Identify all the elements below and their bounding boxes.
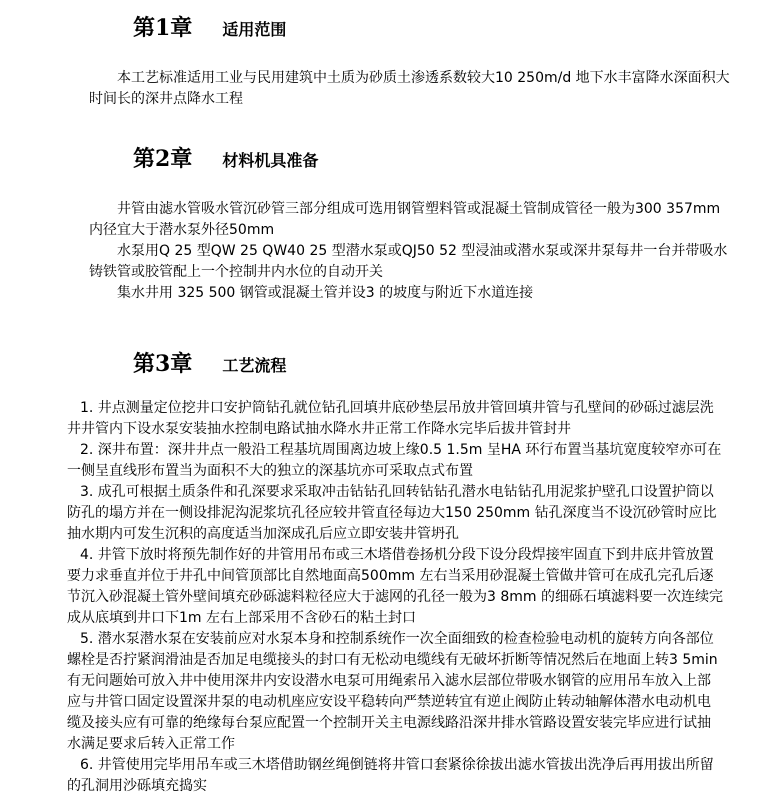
chapter-1-title: 适用范围 (222, 20, 286, 39)
process-step-2: 2. 深井布置：深井井点一般沿工程基坑周围离边坡上缘0.5 1.5m 呈HA 环… (67, 440, 723, 482)
chapter-1: 第1章适用范围 本工艺标准适用工业与民用建筑中土质为砂质土渗透系数较大10 25… (0, 0, 780, 110)
process-step-5: 5. 潜水泵潜水泵在安装前应对水泵本身和控制系统作一次全面细致的检查检验电动机的… (67, 629, 723, 755)
process-steps: 1. 井点测量定位挖井口安护筒钻孔就位钻孔回填井底砂垫层吊放井管回填井管与孔壁间… (67, 398, 723, 797)
chapter-2-number: 第2章 (133, 146, 192, 172)
chapter-2: 第2章材料机具准备 井管由滤水管吸水管沉砂管三部分组成可选用钢管塑料管或混凝土管… (0, 145, 780, 304)
chapter-2-heading: 第2章材料机具准备 (133, 145, 780, 174)
process-step-1: 1. 井点测量定位挖井口安护筒钻孔就位钻孔回填井底砂垫层吊放井管回填井管与孔壁间… (67, 398, 723, 440)
chapter-2-title: 材料机具准备 (222, 151, 318, 170)
chapter-3: 第3章工艺流程 1. 井点测量定位挖井口安护筒钻孔就位钻孔回填井底砂垫层吊放井管… (0, 350, 780, 797)
process-step-4: 4. 井管下放时将预先制作好的井管用吊布或三木塔借卷扬机分段下设分段焊接牢固直下… (67, 545, 723, 629)
chapter-2-paragraph: 井管由滤水管吸水管沉砂管三部分组成可选用钢管塑料管或混凝土管制成管径一般为300… (89, 199, 734, 241)
chapter-2-paragraph: 集水井用 325 500 钢管或混凝土管并设3 的坡度与附近下水道连接 (89, 283, 734, 304)
process-step-6: 6. 井管使用完毕用吊车或三木塔借助钢丝绳倒链将井管口套紧徐徐拔出滤水管拔出洗净… (67, 755, 723, 797)
chapter-1-heading: 第1章适用范围 (133, 0, 780, 43)
chapter-3-number: 第3章 (133, 351, 192, 377)
chapter-3-title: 工艺流程 (222, 356, 286, 375)
process-step-3: 3. 成孔可根据土质条件和孔深要求采取冲击钻钻孔回转钻钻孔潜水电钻钻孔用泥浆护壁… (67, 482, 723, 545)
document-page: 第1章适用范围 本工艺标准适用工业与民用建筑中土质为砂质土渗透系数较大10 25… (0, 0, 780, 800)
chapter-1-paragraph: 本工艺标准适用工业与民用建筑中土质为砂质土渗透系数较大10 250m/d 地下水… (89, 68, 734, 110)
chapter-2-paragraph: 水泵用Q 25 型QW 25 QW40 25 型潜水泵或QJ50 52 型浸油或… (89, 241, 734, 283)
chapter-1-number: 第1章 (133, 15, 192, 41)
chapter-3-heading: 第3章工艺流程 (133, 350, 780, 379)
